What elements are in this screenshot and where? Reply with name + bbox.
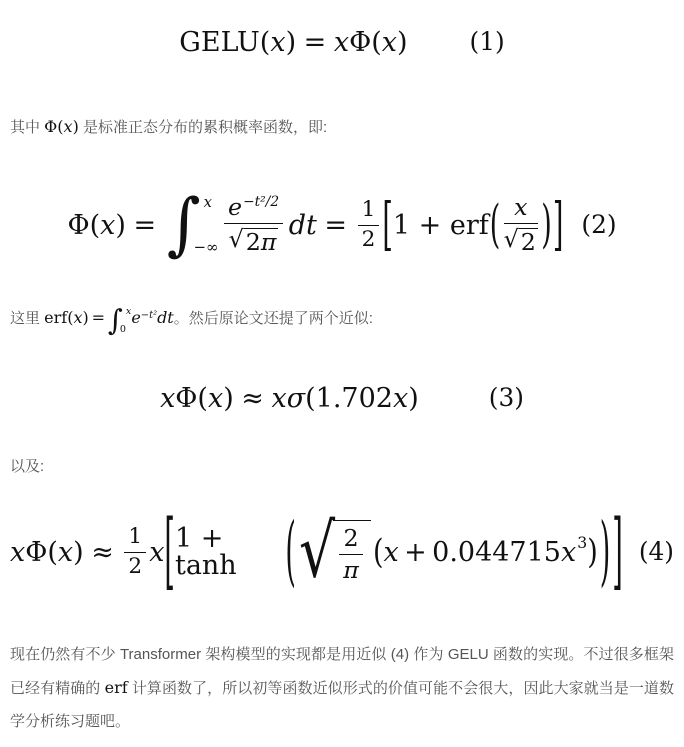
math-token: e <box>228 193 242 221</box>
math-token: Φ( <box>25 539 58 566</box>
math-token: 1 + erf <box>393 212 489 239</box>
math-token: x <box>384 539 399 566</box>
inner-right-paren: ) <box>587 535 598 569</box>
sqrt-body: 2π <box>244 228 279 256</box>
math-token: 1 + tanh <box>175 525 283 579</box>
math-token: x <box>160 385 175 412</box>
left-bracket: [ <box>382 197 393 254</box>
math-token: ) <box>115 212 126 239</box>
math-token: x <box>271 385 286 412</box>
cn-text: 以及: <box>10 458 44 475</box>
left-paren: ( <box>490 199 501 250</box>
integral: ∫ x −∞ <box>167 195 219 254</box>
cn-text: 其中 <box>10 119 44 136</box>
sqrt: √ 2 π <box>299 520 371 585</box>
math-token: Φ( <box>175 385 208 412</box>
math-token: x <box>393 385 408 412</box>
exponent: −t² <box>141 310 157 321</box>
numerator: 2 <box>339 525 362 555</box>
math-token: x <box>334 29 349 56</box>
math-token: x <box>10 539 25 566</box>
math-token: x <box>58 539 73 566</box>
math-token: e <box>131 308 140 327</box>
math-token: π <box>261 228 277 256</box>
denominator: √2 <box>504 224 538 256</box>
fraction-half: 1 2 <box>124 525 146 580</box>
cn-text: 是标准正态分布的累积概率函数，即: <box>79 119 327 136</box>
inline-integral: ∫x0 <box>108 307 131 334</box>
right-bracket: ] <box>553 197 564 254</box>
plus-sign: + <box>404 539 427 566</box>
sqrt: √2 <box>504 228 538 256</box>
closing-paragraph: 现在仍然有不少 Transformer 架构模型的实现都是用近似 (4) 作为 … <box>10 638 674 738</box>
exponent: −t²/2 <box>243 194 279 210</box>
math-token: x <box>382 29 397 56</box>
equation-number: (4) <box>639 540 674 565</box>
left-bracket: [ <box>164 510 175 594</box>
equals-sign: = <box>324 212 347 239</box>
equation-number: (1) <box>470 30 505 55</box>
cn-text: 。然后原论文还提了两个近似: <box>174 310 373 327</box>
math-token: Φ( <box>349 29 382 56</box>
math-token: x <box>64 117 73 136</box>
inner-left-paren: ( <box>373 535 384 569</box>
fraction: x √2 <box>504 194 538 257</box>
fraction-half: 1 2 <box>358 198 380 253</box>
math-token: ) <box>82 308 88 327</box>
math-token: Φ( <box>44 117 63 136</box>
numerator: x <box>504 194 538 224</box>
equation-3: xΦ(x) ≈ xσ(1.702x) (3) <box>10 372 674 424</box>
approx-sign: ≈ <box>241 385 264 412</box>
cn-text: 这里 <box>10 310 44 327</box>
upper-limit: x <box>204 195 219 210</box>
numerator: 1 <box>124 525 146 553</box>
math-token: x <box>270 29 285 56</box>
right-paren: ) <box>600 514 611 590</box>
text-line-3: 以及: <box>10 454 674 480</box>
lower-limit: 0 <box>120 325 131 335</box>
sigma-symbol: σ <box>287 385 305 412</box>
math-token: 2 <box>246 228 261 256</box>
math-token: ) <box>286 29 297 56</box>
inline-math-erf: erf(x)=∫x0e−t²dt <box>44 308 174 327</box>
text-line-2: 这里 erf(x)=∫x0e−t²dt。然后原论文还提了两个近似: <box>10 305 674 334</box>
inline-math-phi: Φ(x) <box>44 117 79 136</box>
denominator: √2π <box>224 224 283 256</box>
equation-1: GELU(x) = xΦ(x) (1) <box>10 16 674 68</box>
sqrt: √2π <box>229 228 279 256</box>
math-token: Φ( <box>67 212 100 239</box>
sqrt-body: 2 <box>519 228 538 256</box>
math-token: (1.702 <box>305 385 393 412</box>
math-token: x <box>149 539 164 566</box>
sqrt-sign: √ <box>504 228 519 252</box>
math-token: 0.044715 <box>432 539 561 566</box>
exponent: 3 <box>577 535 587 551</box>
equals-sign: = <box>304 29 327 56</box>
math-token: erf( <box>44 308 73 327</box>
equation-4: xΦ(x) ≈ 1 2 x [ 1 + tanh ( √ 2 π ( x + 0… <box>10 496 674 608</box>
math-token: GELU( <box>179 29 270 56</box>
equation-number: (3) <box>489 386 524 411</box>
math-token: x <box>208 385 223 412</box>
equation-2: Φ(x) = ∫ x −∞ e−t²/2 √2π dt = 1 2 [ 1 + … <box>10 175 674 275</box>
math-token: dt <box>289 212 317 239</box>
fraction: e−t²/2 √2π <box>224 194 283 257</box>
integral-sign: ∫ <box>167 196 201 254</box>
sqrt-body: 2 π <box>333 520 371 585</box>
equals-sign: = <box>133 212 156 239</box>
sqrt-sign: √ <box>229 228 244 252</box>
math-token: ) <box>223 385 234 412</box>
text-line-1: 其中 Φ(x) 是标准正态分布的累积概率函数，即: <box>10 114 674 141</box>
denominator: 2 <box>358 226 380 253</box>
math-token: x <box>100 212 115 239</box>
article-page: GELU(x) = xΦ(x) (1) 其中 Φ(x) 是标准正态分布的累积概率… <box>0 0 684 747</box>
approx-sign: ≈ <box>91 539 114 566</box>
right-bracket: ] <box>612 510 623 594</box>
integral-limits: x −∞ <box>201 195 219 254</box>
left-paren: ( <box>285 514 296 590</box>
math-token: ) <box>408 385 419 412</box>
right-paren: ) <box>541 199 552 250</box>
math-token: ) <box>73 539 84 566</box>
denominator: 2 <box>124 553 146 580</box>
math-token: ) <box>397 29 408 56</box>
denominator: π <box>339 555 362 584</box>
numerator: e−t²/2 <box>224 194 283 224</box>
inline-math-erf-word: erf <box>105 678 128 697</box>
math-token: dt <box>157 308 174 327</box>
equals-sign: = <box>92 308 105 327</box>
equation-number: (2) <box>581 213 616 238</box>
numerator: 1 <box>358 198 380 226</box>
math-token: x <box>561 539 576 566</box>
fraction: 2 π <box>339 525 362 585</box>
